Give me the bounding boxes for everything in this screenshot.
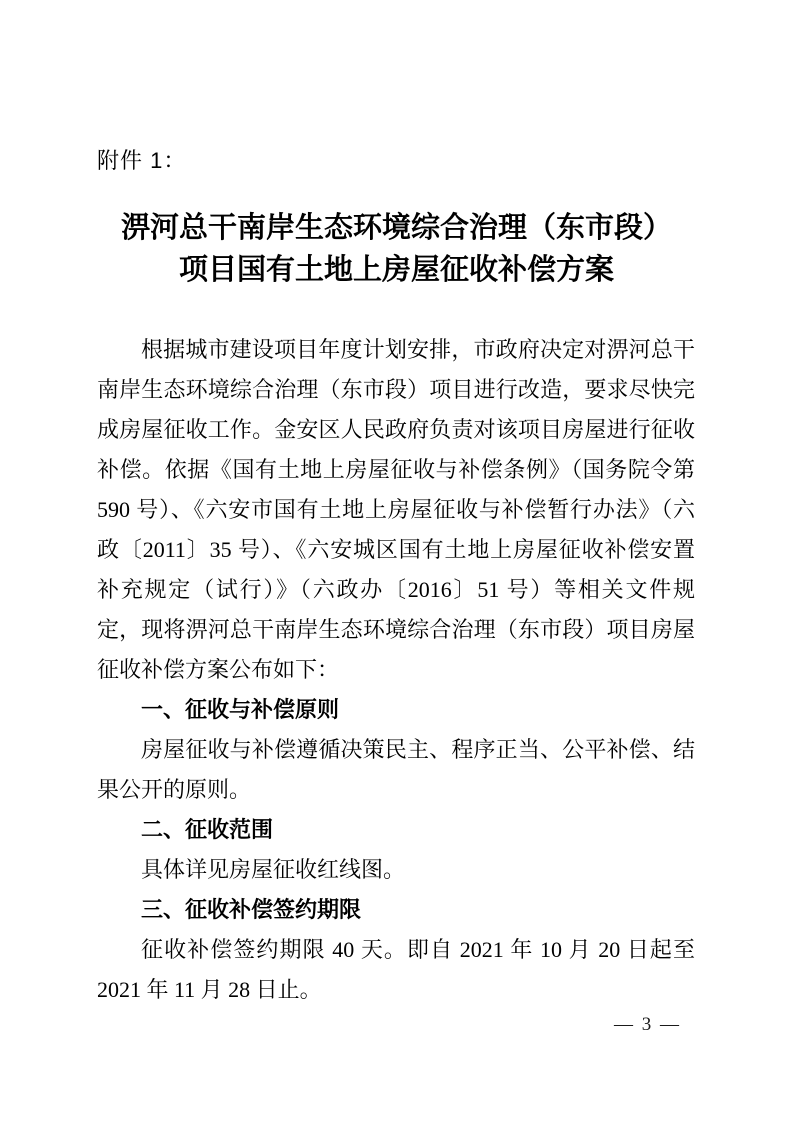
document-page: 附件 1： 淠河总干南岸生态环境综合治理（东市段） 项目国有土地上房屋征收补偿方… — [0, 0, 793, 1122]
document-title-line-2: 项目国有土地上房屋征收补偿方案 — [0, 249, 793, 291]
attachment-label: 附件 1： — [97, 146, 186, 176]
document-title-line-1: 淠河总干南岸生态环境综合治理（东市段） — [0, 207, 793, 249]
document-body: 根据城市建设项目年度计划安排，市政府决定对淠河总干南岸生态环境综合治理（东市段）… — [97, 330, 695, 1010]
section-3-heading: 三、征收补偿签约期限 — [97, 890, 695, 930]
section-2-heading: 二、征收范围 — [97, 810, 695, 850]
intro-paragraph: 根据城市建设项目年度计划安排，市政府决定对淠河总干南岸生态环境综合治理（东市段）… — [97, 330, 695, 690]
document-title: 淠河总干南岸生态环境综合治理（东市段） 项目国有土地上房屋征收补偿方案 — [0, 207, 793, 291]
section-3-body: 征收补偿签约期限 40 天。即自 2021 年 10 月 20 日起至 2021… — [97, 930, 695, 1010]
section-1-body: 房屋征收与补偿遵循决策民主、程序正当、公平补偿、结果公开的原则。 — [97, 730, 695, 810]
section-1-heading: 一、征收与补偿原则 — [97, 690, 695, 730]
page-number: — 3 — — [600, 1012, 695, 1038]
section-2-body: 具体详见房屋征收红线图。 — [97, 850, 695, 890]
